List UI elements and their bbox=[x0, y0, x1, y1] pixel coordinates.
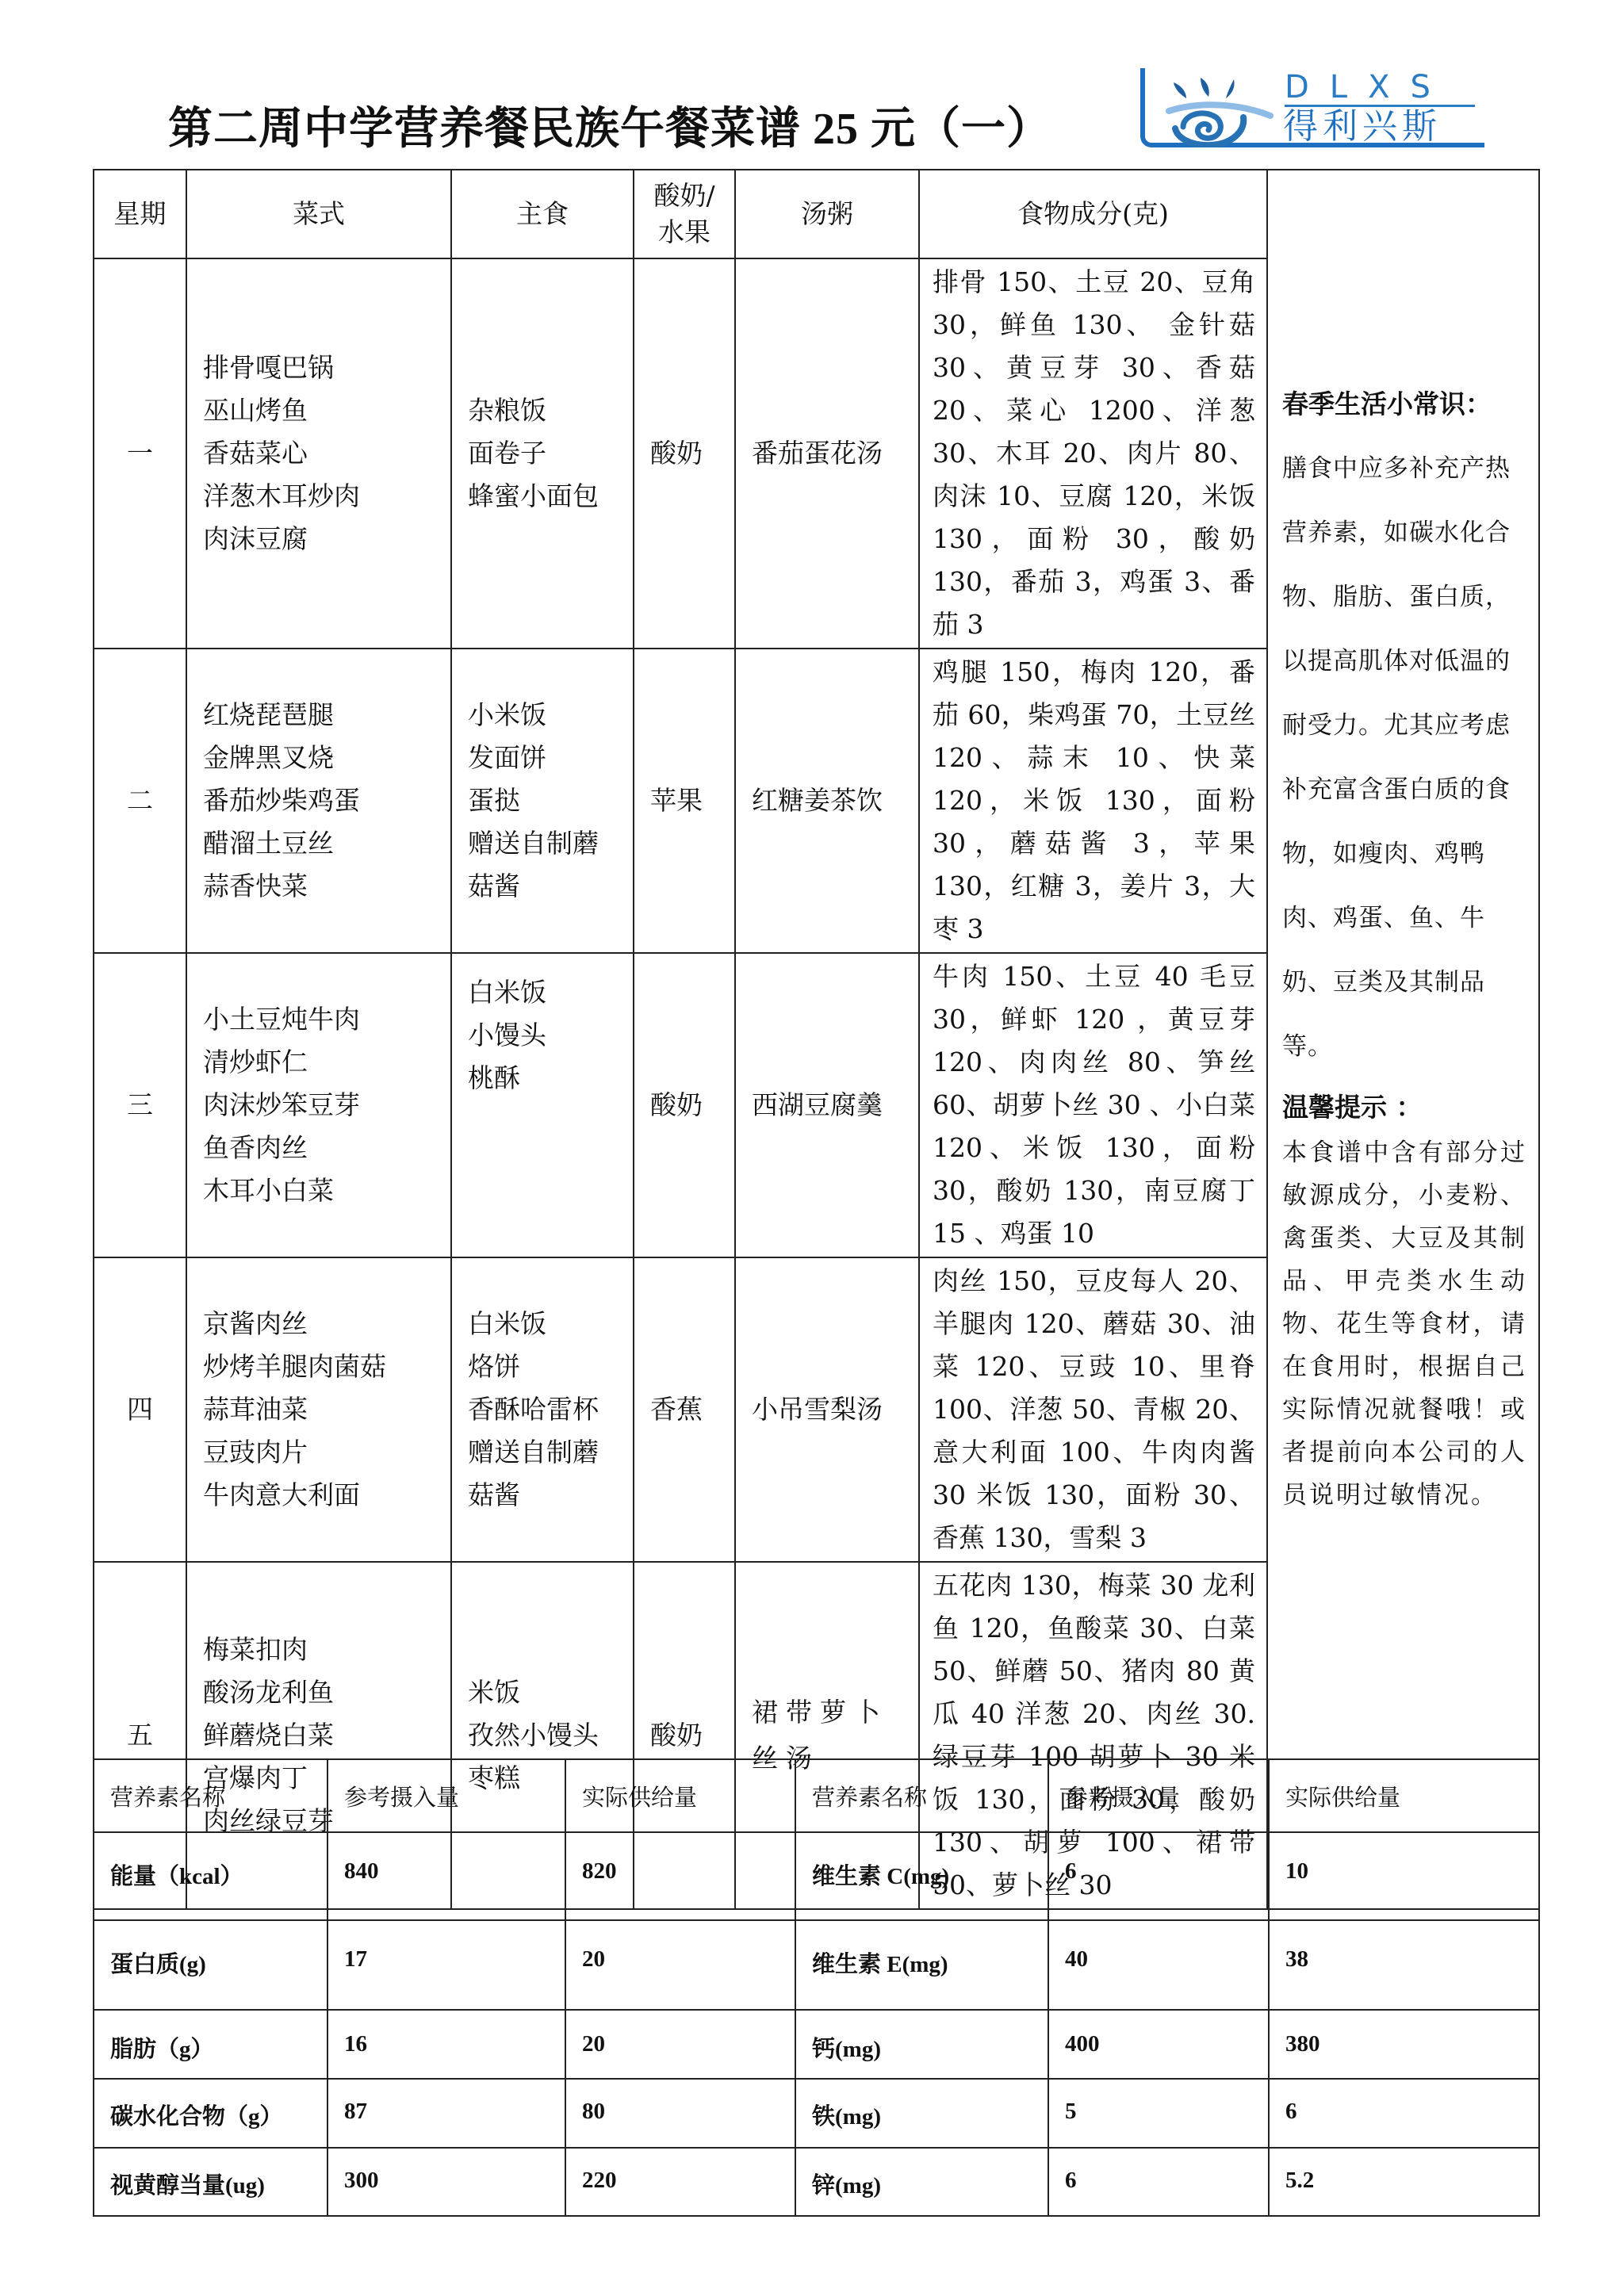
nutrient-name: 钙(mg) bbox=[795, 2010, 1048, 2079]
nutrition-row: 蛋白质(g) 17 20 维生素 E(mg) 40 38 bbox=[94, 1920, 1539, 2010]
dish-item: 巫山烤鱼 bbox=[203, 389, 446, 432]
spring-tips-body: 膳食中应多补充产热营养素，如碳水化合物、脂肪、蛋白质，以提高肌体对低温的耐受力。… bbox=[1282, 437, 1527, 1079]
dish-item: 鲜蘑烧白菜 bbox=[203, 1714, 446, 1757]
dish-item: 牛肉意大利面 bbox=[203, 1474, 446, 1517]
reference-value: 6 bbox=[1048, 1832, 1269, 1920]
header-yogurt-line2: 水果 bbox=[634, 214, 734, 251]
actual-value: 5.2 bbox=[1269, 2148, 1539, 2216]
dish-item: 番茄炒柴鸡蛋 bbox=[203, 779, 446, 822]
ingredients-cell: 排骨 150、土豆 20、豆角 30，鲜鱼 130、 金针菇 30、黄豆芽 30… bbox=[919, 258, 1267, 649]
header-yogurt-line1: 酸奶/ bbox=[634, 178, 734, 214]
header-dishes: 菜式 bbox=[186, 170, 451, 258]
reference-value: 16 bbox=[327, 2010, 565, 2079]
staple-item: 发面饼 bbox=[468, 737, 628, 779]
nutrient-name: 蛋白质(g) bbox=[94, 1920, 327, 2010]
company-logo: DLXS 得利兴斯 bbox=[1136, 63, 1489, 152]
header-nutrient-name: 营养素名称 bbox=[795, 1759, 1048, 1832]
dishes-cell: 红烧琵琶腿 金牌黑叉烧 番茄炒柴鸡蛋 醋溜土豆丝 蒜香快菜 bbox=[186, 649, 451, 953]
page-title: 第二周中学营养餐民族午餐菜谱 25 元（一） bbox=[168, 94, 1051, 157]
header-weekday: 星期 bbox=[94, 170, 186, 258]
menu-header-row: 星期 菜式 主食 酸奶/ 水果 汤粥 食物成分(克) 春季生活小常识： 膳食中应… bbox=[94, 170, 1539, 258]
weekday-cell: 三 bbox=[94, 953, 186, 1257]
dish-item: 炒烤羊腿肉菌菇 bbox=[203, 1345, 446, 1388]
nutrition-header-row: 营养素名称 参考摄入量 实际供给量 营养素名称 参考摄入量 实际供给量 bbox=[94, 1759, 1539, 1832]
reference-value: 400 bbox=[1048, 2010, 1269, 2079]
staple-item: 蛋挞 bbox=[468, 779, 628, 822]
dish-item: 梅菜扣肉 bbox=[203, 1628, 446, 1671]
header-actual-supply: 实际供给量 bbox=[1269, 1759, 1539, 1832]
reference-value: 17 bbox=[327, 1920, 565, 2010]
nutrition-row: 视黄醇当量(ug) 300 220 锌(mg) 6 5.2 bbox=[94, 2148, 1539, 2216]
staple-item: 香酥哈雷杯 bbox=[468, 1388, 628, 1431]
staple-item: 烙饼 bbox=[468, 1345, 628, 1388]
weekday-cell: 二 bbox=[94, 649, 186, 953]
staple-item: 杂粮饭 bbox=[468, 389, 628, 432]
staple-item: 小米饭 bbox=[468, 694, 628, 737]
actual-value: 10 bbox=[1269, 1832, 1539, 1920]
staple-item: 面卷子 bbox=[468, 432, 628, 475]
dish-item: 蒜香快菜 bbox=[203, 865, 446, 908]
staple-cell: 白米饭 烙饼 香酥哈雷杯 赠送自制蘑 菇酱 bbox=[451, 1257, 634, 1562]
dish-item: 洋葱木耳炒肉 bbox=[203, 475, 446, 518]
actual-value: 38 bbox=[1269, 1920, 1539, 2010]
dish-item: 木耳小白菜 bbox=[203, 1169, 446, 1212]
dishes-cell: 小土豆炖牛肉 清炒虾仁 肉沫炒笨豆芽 鱼香肉丝 木耳小白菜 bbox=[186, 953, 451, 1257]
dish-item: 清炒虾仁 bbox=[203, 1041, 446, 1084]
dish-item: 香菇菜心 bbox=[203, 432, 446, 475]
header-yogurt-fruit: 酸奶/ 水果 bbox=[634, 170, 735, 258]
staple-cell: 杂粮饭 面卷子 蜂蜜小面包 bbox=[451, 258, 634, 649]
nutrient-name: 碳水化合物（g） bbox=[94, 2079, 327, 2148]
nutrient-name: 能量（kcal） bbox=[94, 1832, 327, 1920]
actual-value: 380 bbox=[1269, 2010, 1539, 2079]
nutrient-name: 铁(mg) bbox=[795, 2079, 1048, 2148]
ingredients-cell: 鸡腿 150，梅肉 120，番茄 60，柴鸡蛋 70，土豆丝 120、蒜末 10… bbox=[919, 649, 1267, 953]
yogurt-fruit-cell: 苹果 bbox=[634, 649, 735, 953]
staple-item: 桃酥 bbox=[468, 1057, 628, 1100]
dish-item: 肉沫炒笨豆芽 bbox=[203, 1084, 446, 1127]
eye-swirl-icon bbox=[1151, 71, 1278, 147]
header-staple: 主食 bbox=[451, 170, 634, 258]
soup-cell: 番茄蛋花汤 bbox=[735, 258, 919, 649]
nutrient-name: 维生素 C(mg) bbox=[795, 1832, 1048, 1920]
nutrient-name: 脂肪（g） bbox=[94, 2010, 327, 2079]
soup-cell: 红糖姜茶饮 bbox=[735, 649, 919, 953]
header-actual-supply: 实际供给量 bbox=[565, 1759, 795, 1832]
staple-item: 白米饭 bbox=[468, 971, 628, 1014]
spring-tips-heading: 春季生活小常识： bbox=[1282, 383, 1527, 426]
dish-item: 金牌黑叉烧 bbox=[203, 737, 446, 779]
yogurt-fruit-cell: 酸奶 bbox=[634, 258, 735, 649]
allergy-notice-body: 本食谱中含有部分过敏源成分，小麦粉、禽蛋类、大豆及其制品、甲壳类水生动物、花生等… bbox=[1282, 1131, 1527, 1517]
reference-value: 840 bbox=[327, 1832, 565, 1920]
logo-latin-text: DLXS bbox=[1285, 70, 1475, 107]
soup-cell: 西湖豆腐羹 bbox=[735, 953, 919, 1257]
dish-item: 小土豆炖牛肉 bbox=[203, 998, 446, 1041]
dish-item: 酸汤龙利鱼 bbox=[203, 1671, 446, 1714]
soup-cell: 小吊雪梨汤 bbox=[735, 1257, 919, 1562]
actual-value: 20 bbox=[565, 2010, 795, 2079]
reference-value: 300 bbox=[327, 2148, 565, 2216]
staple-item: 菇酱 bbox=[468, 865, 628, 908]
header-reference-intake: 参考摄入量 bbox=[1048, 1759, 1269, 1832]
actual-value: 80 bbox=[565, 2079, 795, 2148]
reference-value: 5 bbox=[1048, 2079, 1269, 2148]
staple-item: 米饭 bbox=[468, 1671, 628, 1714]
nutrition-table: 营养素名称 参考摄入量 实际供给量 营养素名称 参考摄入量 实际供给量 能量（k… bbox=[93, 1758, 1540, 2217]
actual-value: 20 bbox=[565, 1920, 795, 2010]
nutrient-name: 锌(mg) bbox=[795, 2148, 1048, 2216]
nutrition-row: 脂肪（g） 16 20 钙(mg) 400 380 bbox=[94, 2010, 1539, 2079]
header-soup: 汤粥 bbox=[735, 170, 919, 258]
dish-item: 排骨嘎巴锅 bbox=[203, 346, 446, 389]
staple-item: 孜然小馒头 bbox=[468, 1714, 628, 1757]
reference-value: 87 bbox=[327, 2079, 565, 2148]
dishes-cell: 京酱肉丝 炒烤羊腿肉菌菇 蒜茸油菜 豆豉肉片 牛肉意大利面 bbox=[186, 1257, 451, 1562]
staple-item: 菇酱 bbox=[468, 1474, 628, 1517]
reference-value: 6 bbox=[1048, 2148, 1269, 2216]
staple-item: 赠送自制蘑 bbox=[468, 1431, 628, 1474]
dish-item: 豆豉肉片 bbox=[203, 1431, 446, 1474]
actual-value: 220 bbox=[565, 2148, 795, 2216]
dish-item: 京酱肉丝 bbox=[203, 1303, 446, 1345]
weekday-cell: 四 bbox=[94, 1257, 186, 1562]
logo-chinese-text: 得利兴斯 bbox=[1283, 108, 1442, 146]
dish-item: 红烧琵琶腿 bbox=[203, 694, 446, 737]
dish-item: 肉沫豆腐 bbox=[203, 518, 446, 561]
ingredients-cell: 肉丝 150，豆皮每人 20、羊腿肉 120、蘑菇 30、油菜 120、豆豉 1… bbox=[919, 1257, 1267, 1562]
nutrition-row: 能量（kcal） 840 820 维生素 C(mg) 6 10 bbox=[94, 1832, 1539, 1920]
staple-cell: 白米饭 小馒头 桃酥 bbox=[451, 953, 634, 1257]
staple-item: 赠送自制蘑 bbox=[468, 822, 628, 865]
yogurt-fruit-cell: 香蕉 bbox=[634, 1257, 735, 1562]
reference-value: 40 bbox=[1048, 1920, 1269, 2010]
nutrient-name: 维生素 E(mg) bbox=[795, 1920, 1048, 2010]
staple-cell: 小米饭 发面饼 蛋挞 赠送自制蘑 菇酱 bbox=[451, 649, 634, 953]
weekly-menu-table: 星期 菜式 主食 酸奶/ 水果 汤粥 食物成分(克) 春季生活小常识： 膳食中应… bbox=[93, 169, 1540, 1910]
actual-value: 820 bbox=[565, 1832, 795, 1920]
header-nutrient-name: 营养素名称 bbox=[94, 1759, 327, 1832]
sidebar-note: 春季生活小常识： 膳食中应多补充产热营养素，如碳水化合物、脂肪、蛋白质，以提高肌… bbox=[1267, 170, 1539, 1909]
nutrient-name: 视黄醇当量(ug) bbox=[94, 2148, 327, 2216]
header-ingredients: 食物成分(克) bbox=[919, 170, 1267, 258]
dish-item: 蒜茸油菜 bbox=[203, 1388, 446, 1431]
dishes-cell: 排骨嘎巴锅 巫山烤鱼 香菇菜心 洋葱木耳炒肉 肉沫豆腐 bbox=[186, 258, 451, 649]
nutrition-row: 碳水化合物（g） 87 80 铁(mg) 5 6 bbox=[94, 2079, 1539, 2148]
staple-item: 小馒头 bbox=[468, 1014, 628, 1057]
staple-item: 蜂蜜小面包 bbox=[468, 475, 628, 518]
header-reference-intake: 参考摄入量 bbox=[327, 1759, 565, 1832]
dish-item: 醋溜土豆丝 bbox=[203, 822, 446, 865]
yogurt-fruit-cell: 酸奶 bbox=[634, 953, 735, 1257]
allergy-notice-heading: 温馨提示 ： bbox=[1282, 1084, 1527, 1131]
staple-item: 白米饭 bbox=[468, 1303, 628, 1345]
ingredients-cell: 牛肉 150、土豆 40 毛豆 30，鲜虾 120 ，黄豆芽 120、肉肉丝 8… bbox=[919, 953, 1267, 1257]
dish-item: 鱼香肉丝 bbox=[203, 1127, 446, 1169]
actual-value: 6 bbox=[1269, 2079, 1539, 2148]
weekday-cell: 一 bbox=[94, 258, 186, 649]
